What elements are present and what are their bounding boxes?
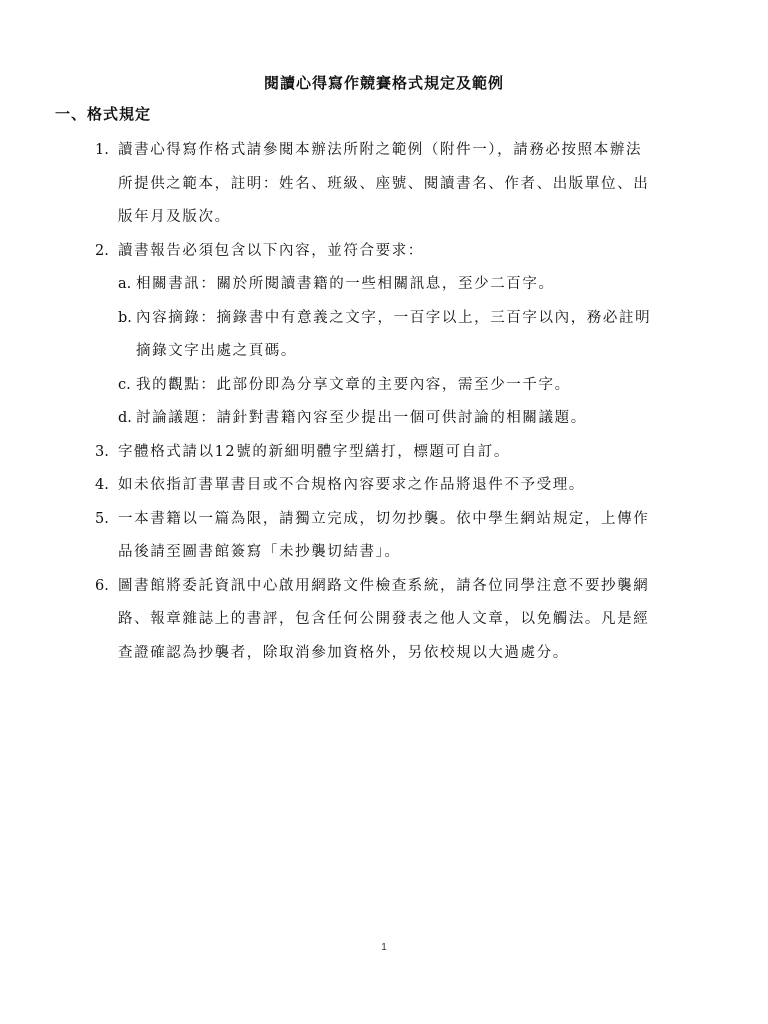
item-text-line: 讀書心得寫作格式請參閱本辦法所附之範例（附件一），請務必按照本辦法 <box>118 134 725 168</box>
sub-item-letter: a. <box>118 268 131 302</box>
section-heading: 一、格式規定 <box>55 103 151 124</box>
list-item: 6. 圖書館將委託資訊中心啟用網路文件檢查系統，請各位同學注意不要抄襲網 路、報… <box>95 570 725 671</box>
item-text-line: 如未依指訂書單書目或不合規格內容要求之作品將退件不予受理。 <box>118 469 725 503</box>
list-item: 5. 一本書籍以一篇為限，請獨立完成，切勿抄襲。依中學生網站規定，上傳作 品後請… <box>95 503 725 570</box>
item-text-line: 品後請至圖書館簽寫「未抄襲切結書」。 <box>118 536 725 570</box>
sub-item-letter: c. <box>118 369 131 403</box>
sub-list-item: c. 我的觀點：此部份即為分享文章的主要內容，需至少一千字。 <box>118 369 725 403</box>
item-text-line: 字體格式請以12號的新細明體字型繕打，標題可自訂。 <box>118 436 725 470</box>
rules-list: 1. 讀書心得寫作格式請參閱本辦法所附之範例（附件一），請務必按照本辦法 所提供… <box>95 134 725 670</box>
item-text-line: 所提供之範本，註明：姓名、班級、座號、閱讀書名、作者、出版單位、出 <box>118 168 725 202</box>
item-number: 4. <box>95 469 109 503</box>
list-item: 1. 讀書心得寫作格式請參閱本辦法所附之範例（附件一），請務必按照本辦法 所提供… <box>95 134 725 235</box>
item-text-line: 路、報章雜誌上的書評，包含任何公開發表之他人文章，以免觸法。凡是經 <box>118 603 725 637</box>
list-item: 4. 如未依指訂書單書目或不合規格內容要求之作品將退件不予受理。 <box>95 469 725 503</box>
sub-list-item: d. 討論議題：請針對書籍內容至少提出一個可供討論的相關議題。 <box>118 402 725 436</box>
item-text-line: 圖書館將委託資訊中心啟用網路文件檢查系統，請各位同學注意不要抄襲網 <box>118 570 725 604</box>
page-number: 1 <box>0 942 768 953</box>
sub-list-item: b. 內容摘錄：摘錄書中有意義之文字，一百字以上，三百字以內，務必註明 摘錄文字… <box>118 302 725 369</box>
item-number: 5. <box>95 503 109 537</box>
item-text-line: 版年月及版次。 <box>118 201 725 235</box>
sub-item-text-line: 相關書訊：關於所閱讀書籍的一些相關訊息，至少二百字。 <box>136 268 725 302</box>
document-title: 閱讀心得寫作競賽格式規定及範例 <box>0 72 768 93</box>
item-number: 1. <box>95 134 109 168</box>
item-text-line: 讀書報告必須包含以下內容，並符合要求： <box>118 235 725 269</box>
list-item: 2. 讀書報告必須包含以下內容，並符合要求： a. 相關書訊：關於所閱讀書籍的一… <box>95 235 725 436</box>
item-number: 3. <box>95 436 109 470</box>
item-text-line: 查證確認為抄襲者，除取消參加資格外，另依校規以大過處分。 <box>118 637 725 671</box>
list-item: 3. 字體格式請以12號的新細明體字型繕打，標題可自訂。 <box>95 436 725 470</box>
sub-item-text-line: 討論議題：請針對書籍內容至少提出一個可供討論的相關議題。 <box>136 402 725 436</box>
sub-item-text-line: 我的觀點：此部份即為分享文章的主要內容，需至少一千字。 <box>136 369 725 403</box>
document-page: 閱讀心得寫作競賽格式規定及範例 一、格式規定 1. 讀書心得寫作格式請參閱本辦法… <box>0 0 768 1024</box>
sub-list-item: a. 相關書訊：關於所閱讀書籍的一些相關訊息，至少二百字。 <box>118 268 725 302</box>
sub-item-text-line: 內容摘錄：摘錄書中有意義之文字，一百字以上，三百字以內，務必註明 <box>136 302 725 336</box>
item-text-line: 一本書籍以一篇為限，請獨立完成，切勿抄襲。依中學生網站規定，上傳作 <box>118 503 725 537</box>
item-number: 2. <box>95 235 109 269</box>
item-number: 6. <box>95 570 109 604</box>
sub-item-letter: b. <box>118 302 132 336</box>
sub-item-letter: d. <box>118 402 132 436</box>
sub-item-text-line: 摘錄文字出處之頁碼。 <box>136 335 725 369</box>
